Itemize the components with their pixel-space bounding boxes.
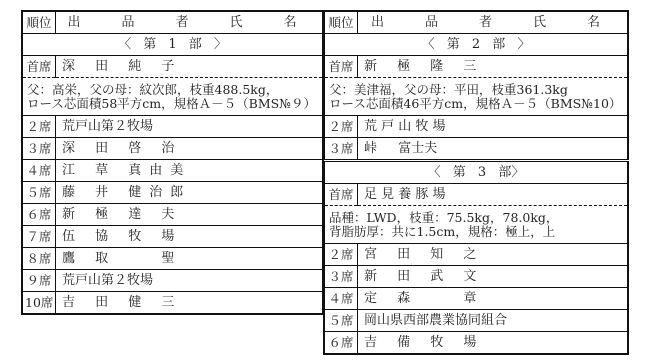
rank-cell: ９席 <box>22 270 56 292</box>
section-3-title: 〈 第 3 部〉 <box>324 161 628 184</box>
rank-cell: ６席 <box>22 204 56 226</box>
rank-cell: ５席 <box>324 310 358 332</box>
header-row: 順位 出 品 者 氏 名 <box>324 11 628 34</box>
section-2-title: 〈 第 2 部 〉 <box>324 34 628 56</box>
name-cell: 吉 田 健 三 <box>56 292 324 315</box>
name-cell: 新 極 隆 三 <box>358 56 629 78</box>
name-cell: 伍 協 牧 場 <box>56 226 324 248</box>
name-cell: 吉 備 牧 場 <box>358 332 629 355</box>
name-cell: 江 草 真由美 <box>56 160 324 182</box>
rank-cell: ４席 <box>22 160 56 182</box>
table-row: ７席伍 協 牧 場 <box>22 226 323 248</box>
name-cell: 深 田 啓 治 <box>56 138 324 160</box>
name-header: 出 品 者 氏 名 <box>358 11 629 34</box>
rank-cell: ６席 <box>324 332 358 355</box>
name-cell: 峠 富士夫 <box>358 138 629 161</box>
header-row: 順位 出 品 者 氏 名 <box>22 11 323 34</box>
name-cell: 新 田 武 文 <box>358 266 629 288</box>
table-row: 首席 深 田 純 子 <box>22 56 323 78</box>
name-cell: 定 森 章 <box>358 288 629 310</box>
rank-header: 順位 <box>324 11 358 34</box>
rank-cell: ７席 <box>22 226 56 248</box>
name-cell: 新 極 達 夫 <box>56 204 324 226</box>
results-table-left: 順位 出 品 者 氏 名 〈 第 1 部 〉 首席 深 田 純 子 父：高栄，父… <box>21 10 324 315</box>
winner-info: 品種：LWD，枝重：75.5kg，78.0kg， 背脂肪厚：共に1.5cm，規格… <box>324 206 628 244</box>
table-row: ９席荒戸山第２牧場 <box>22 270 323 292</box>
table-row: ２席宮 田 知 之 <box>324 244 628 266</box>
table-row: ４席定 森 章 <box>324 288 628 310</box>
rank-cell: ３席 <box>22 138 56 160</box>
winner-info: 父：高栄，父の母：紋次郎，枝重488.5kg， ロース芯面積58平方cm，規格Ａ… <box>22 78 323 116</box>
name-cell: 深 田 純 子 <box>56 56 324 78</box>
name-header: 出 品 者 氏 名 <box>56 11 324 34</box>
rank-header: 順位 <box>22 11 56 34</box>
table-row: ２席荒戸山第２牧場 <box>22 116 323 138</box>
name-cell: 岡山県西部農業協同組合 <box>358 310 629 332</box>
table-row: ３席新 田 武 文 <box>324 266 628 288</box>
name-cell: 藤 井 健治郎 <box>56 182 324 204</box>
rank-cell: ４席 <box>324 288 358 310</box>
table-row: ６席新 極 達 夫 <box>22 204 323 226</box>
table-row: ３席峠 富士夫 <box>324 138 628 161</box>
name-cell: 荒戸山第２牧場 <box>56 116 324 138</box>
table-row: 首席 新 極 隆 三 <box>324 56 628 78</box>
name-cell: 荒 戸 山 牧 場 <box>358 116 629 138</box>
table-row: ３席深 田 啓 治 <box>22 138 323 160</box>
table-row: ６席吉 備 牧 場 <box>324 332 628 355</box>
table-row: 首席 足 見 養 豚 場 <box>324 184 628 206</box>
rank-cell: ２席 <box>22 116 56 138</box>
winner-info: 父：美津福，父の母：平田，枝重361.3kg ロース芯面積46平方cm，規格Ａ－… <box>324 78 628 116</box>
section-1-title: 〈 第 1 部 〉 <box>22 34 323 56</box>
rank-cell: 首席 <box>324 56 358 78</box>
rank-cell: 首席 <box>22 56 56 78</box>
table-row: ５席岡山県西部農業協同組合 <box>324 310 628 332</box>
table-row: ２席荒 戸 山 牧 場 <box>324 116 628 138</box>
rank-cell: ８席 <box>22 248 56 270</box>
name-cell: 足 見 養 豚 場 <box>358 184 629 206</box>
rank-cell: 10席 <box>22 292 56 315</box>
rank-cell: ３席 <box>324 138 358 161</box>
name-cell: 鷹 取 聖 <box>56 248 324 270</box>
rank-cell: ２席 <box>324 116 358 138</box>
rank-cell: ５席 <box>22 182 56 204</box>
table-row: 10席吉 田 健 三 <box>22 292 323 315</box>
rank-cell: ３席 <box>324 266 358 288</box>
results-table-right: 順位 出 品 者 氏 名 〈 第 2 部 〉 首席 新 極 隆 三 父：美津福，… <box>323 10 629 355</box>
name-cell: 荒戸山第２牧場 <box>56 270 324 292</box>
table-row: ４席江 草 真由美 <box>22 160 323 182</box>
name-cell: 宮 田 知 之 <box>358 244 629 266</box>
rank-cell: ２席 <box>324 244 358 266</box>
rank-cell: 首席 <box>324 184 358 206</box>
table-row: ５席藤 井 健治郎 <box>22 182 323 204</box>
table-row: ８席鷹 取 聖 <box>22 248 323 270</box>
